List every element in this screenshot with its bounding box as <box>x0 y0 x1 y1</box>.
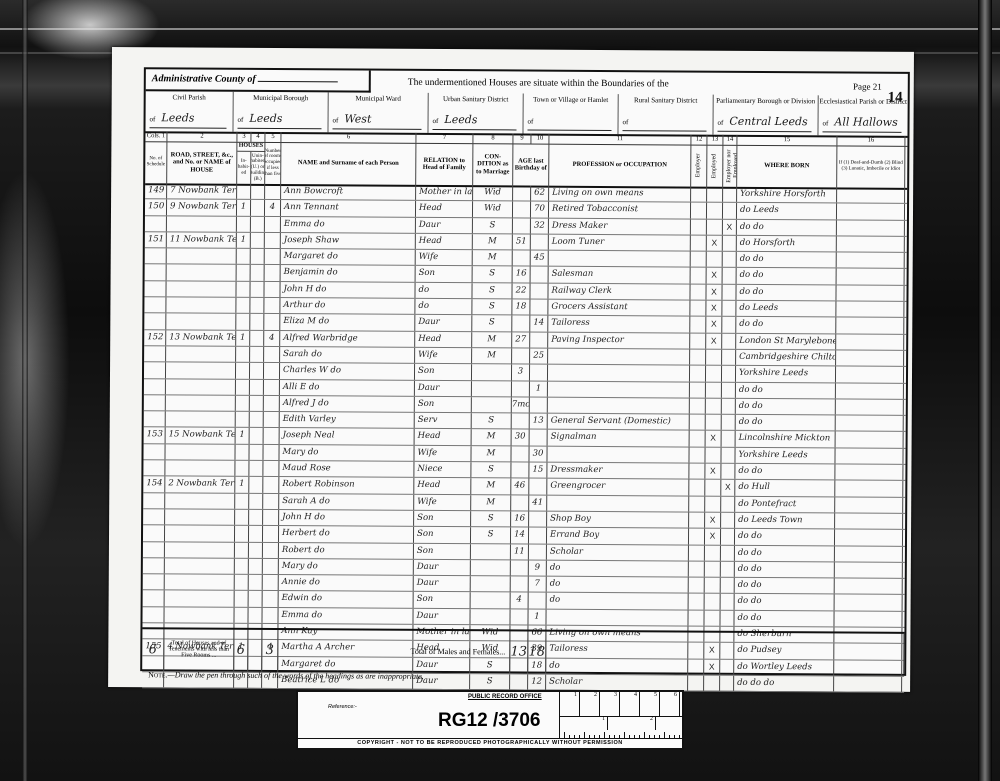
cell-born: do do <box>735 545 835 561</box>
cell-uninhab <box>250 331 264 346</box>
cell-female <box>530 300 548 315</box>
cell-name: Herbert do <box>279 526 414 542</box>
cell-occupation <box>549 251 691 267</box>
cell-uninhab <box>250 428 264 443</box>
district-value: of <box>622 114 706 132</box>
cell-name: Sarah A do <box>279 494 414 510</box>
totals-rooms-text: 3 <box>266 642 274 657</box>
heading-inhabited: In-habit-ed <box>237 152 251 184</box>
cell-employed: X <box>706 284 722 299</box>
cell-occupation <box>548 365 690 381</box>
district-value: ofLeeds <box>150 111 227 128</box>
cell-employed: X <box>706 431 722 446</box>
cell-born: do do <box>735 529 835 545</box>
cell-occupation: do <box>547 560 689 576</box>
column-number: 12 <box>691 135 707 145</box>
cell-uninhab <box>250 314 264 329</box>
cell-condition: M <box>472 430 512 446</box>
cell-schedule: 151 <box>145 232 167 247</box>
district-handwritten-value: Leeds <box>249 112 282 125</box>
cell-born: do do <box>736 415 836 431</box>
reference-label: Reference:- <box>328 704 357 710</box>
cell-uninhab <box>249 526 263 541</box>
cell-male: 7mo <box>512 397 530 412</box>
cell-inhab <box>235 575 249 590</box>
cell-female <box>530 365 548 380</box>
cell-female: 7 <box>529 577 547 592</box>
cell-schedule <box>145 248 167 263</box>
cell-rooms <box>263 510 279 525</box>
cell-born: do do <box>734 611 834 627</box>
cell-employer <box>689 447 705 462</box>
heading-text: Neither Employer nor Employed <box>723 146 737 186</box>
cell-relation: Head <box>416 234 473 250</box>
cell-condition: S <box>472 283 512 299</box>
cell-rooms <box>262 608 278 623</box>
cell-inhab: 1 <box>237 200 251 215</box>
cell-condition: Wid <box>473 202 513 218</box>
cell-employer <box>689 464 705 479</box>
cell-inhab <box>235 510 249 525</box>
heading-uninhabited: Unin-habited (U.) or Building (B.) <box>251 152 265 184</box>
cell-neither <box>723 236 737 251</box>
cell-male: 18 <box>512 300 530 315</box>
cell-employed <box>705 545 721 560</box>
cell-name: Joseph Neal <box>280 428 415 444</box>
cell-born: do do <box>736 382 836 398</box>
cell-name: Maud Rose <box>279 461 414 477</box>
cell-born: do do <box>736 285 836 301</box>
cell-condition: S <box>473 267 513 283</box>
cell-female: 13 <box>530 414 548 429</box>
cell-schedule: 154 <box>143 477 165 492</box>
scale-ruler: 12345612 <box>559 692 682 739</box>
cell-born: do Leeds Town <box>735 513 835 529</box>
cell-female <box>529 511 547 526</box>
cell-employed <box>705 480 721 495</box>
cell-female <box>530 397 548 412</box>
cell-born: Cambridgeshire Chilton <box>736 350 836 366</box>
cell-schedule <box>143 493 165 508</box>
cell-road <box>167 216 237 232</box>
cell-schedule <box>144 379 166 394</box>
ruler-cell: 1 <box>560 692 580 716</box>
heading-age: AGE last Birthday of <box>513 143 549 185</box>
admin-county-label: Administrative County of <box>152 73 256 85</box>
cell-relation: Wife <box>415 348 472 364</box>
cell-condition: S <box>471 462 511 478</box>
cell-infirm <box>835 448 903 464</box>
cell-schedule <box>142 607 164 622</box>
column-number: 15 <box>737 135 837 146</box>
cell-rooms: 4 <box>265 200 281 215</box>
cell-relation: Mother in law <box>416 185 473 201</box>
heading-where-born: WHERE BORN <box>737 145 837 188</box>
cell-rooms <box>264 396 280 411</box>
cell-male <box>511 446 529 461</box>
ruler-cell: 3 <box>600 692 620 716</box>
cell-employer <box>689 545 705 560</box>
cell-male: 16 <box>513 267 531 282</box>
ruler-cell: 6 <box>660 692 680 716</box>
cell-condition <box>471 576 511 592</box>
cell-name: Alfred J do <box>280 396 415 412</box>
column-number: 16 <box>837 135 905 145</box>
ruler-cell: 5 <box>640 692 660 716</box>
cell-occupation: Greengrocer <box>547 479 689 495</box>
cell-rooms <box>264 314 280 329</box>
cell-road: 7 Nowbank Terr <box>167 183 237 199</box>
cell-infirm <box>835 481 903 497</box>
column-number: 14 <box>723 135 737 145</box>
cell-road <box>165 444 235 460</box>
district-prefix: of <box>333 116 339 124</box>
scan-streak <box>0 28 1000 30</box>
cell-male: 27 <box>512 332 530 347</box>
cell-inhab <box>237 249 251 264</box>
cell-schedule <box>143 509 165 524</box>
cell-condition: S <box>471 511 511 527</box>
cell-condition: S <box>472 413 512 429</box>
totals-males: 13 <box>510 631 528 671</box>
folio-number: 14 <box>888 90 903 107</box>
reference-slip: PUBLIC RECORD OFFICE Reference:- RG12 /3… <box>296 690 684 750</box>
cell-road: 9 Nowbank Terr <box>167 200 237 216</box>
cell-neither <box>722 366 736 381</box>
cell-born: do do <box>735 464 835 480</box>
cell-employer <box>690 366 706 381</box>
totals-persons-label: Total of Males and Females... <box>278 630 510 671</box>
cell-condition: M <box>473 234 513 250</box>
cell-neither <box>722 382 736 397</box>
cell-relation: Wife <box>414 494 471 510</box>
district-value: of <box>527 114 611 132</box>
cell-relation: Daur <box>413 609 470 625</box>
cell-born: do do <box>735 562 835 578</box>
cell-rooms <box>264 347 280 362</box>
cell-employed <box>707 187 723 202</box>
cell-neither <box>722 333 736 348</box>
cell-female <box>530 283 548 298</box>
cell-relation: Head <box>415 429 472 445</box>
cell-employer <box>691 187 707 202</box>
cell-schedule <box>144 395 166 410</box>
cell-neither <box>721 529 735 544</box>
district-handwritten-value: Leeds <box>444 113 477 126</box>
heading-infirmity: If (1) Deaf-and-Dumb (2) Blind (3) Lunat… <box>837 145 905 187</box>
census-form: Administrative County of The undermentio… <box>140 67 910 676</box>
cell-schedule <box>144 362 166 377</box>
cell-schedule <box>143 591 165 606</box>
cell-inhab <box>234 607 248 622</box>
cell-road <box>167 249 237 265</box>
cell-uninhab <box>251 249 265 264</box>
cell-employer <box>691 252 707 267</box>
cell-condition <box>471 593 511 609</box>
cell-employer <box>690 317 706 332</box>
cell-employed <box>705 447 721 462</box>
cell-female <box>531 267 549 282</box>
cell-occupation: Dressmaker <box>547 463 689 479</box>
cell-employer <box>690 415 706 430</box>
cell-occupation <box>548 381 690 397</box>
cell-occupation: Railway Clerk <box>548 283 690 299</box>
cell-name: Emma do <box>278 608 413 624</box>
cell-relation: Serv <box>415 413 472 429</box>
cell-infirm <box>837 204 905 220</box>
cell-female <box>531 234 549 249</box>
heading-condition: CON-DITION as to Marriage <box>473 143 513 185</box>
cell-male: 3 <box>512 365 530 380</box>
cell-infirm <box>836 334 904 350</box>
cell-born: Yorkshire Leeds <box>736 366 836 382</box>
cell-occupation: Dress Maker <box>549 218 691 234</box>
cell-inhab <box>235 591 249 606</box>
cell-uninhab <box>249 493 263 508</box>
cell-employed <box>704 676 720 691</box>
cell-road: 2 Nowbank Terr <box>165 477 235 493</box>
cell-employer <box>688 610 704 625</box>
cell-relation: Daur <box>414 560 471 576</box>
column-number: 3 <box>237 132 251 142</box>
cell-neither <box>721 513 735 528</box>
cell-relation: Daur <box>415 315 472 331</box>
cell-rooms <box>263 542 279 557</box>
cell-neither <box>722 415 736 430</box>
cell-female <box>529 544 547 559</box>
cell-uninhab <box>248 608 262 623</box>
cell-name: Benjamin do <box>281 266 416 282</box>
cell-employed <box>706 350 722 365</box>
cell-schedule <box>144 297 166 312</box>
totals-rooms: 3 <box>262 630 278 670</box>
cell-neither <box>723 252 737 267</box>
cell-schedule <box>143 574 165 589</box>
cell-female <box>530 332 548 347</box>
cell-employed <box>706 382 722 397</box>
cell-female <box>530 430 548 445</box>
cell-road <box>166 363 236 379</box>
cell-neither <box>723 268 737 283</box>
administrative-county: Administrative County of <box>146 69 371 92</box>
cell-name: Sarah do <box>280 347 415 363</box>
cell-employer <box>690 333 706 348</box>
scan-glare <box>0 170 70 550</box>
cell-occupation: Scholar <box>547 544 689 560</box>
district-value: ofCentral Leeds <box>717 115 811 133</box>
cell-neither: X <box>723 219 737 234</box>
cell-condition: M <box>472 332 512 348</box>
totals-persons-label-text: Total of Males and Females... <box>411 646 506 656</box>
cell-occupation <box>547 446 689 462</box>
cell-road <box>166 346 236 362</box>
cell-employer <box>689 578 705 593</box>
heading-relation: RELATION to Head of Family <box>416 143 473 185</box>
cell-condition: M <box>471 479 511 495</box>
totals-row: 6Total of Houses and of Tenements with l… <box>142 627 904 674</box>
cell-born: do do <box>736 399 836 415</box>
cell-employed <box>706 415 722 430</box>
cell-born: do do <box>737 268 837 284</box>
cell-neither <box>721 464 735 479</box>
cell-employer <box>689 480 705 495</box>
district-urban-sanitary-district: Urban Sanitary DistrictofLeeds <box>428 93 523 134</box>
cell-infirm <box>835 562 903 578</box>
cell-relation: Head <box>415 332 472 348</box>
cell-infirm <box>837 269 905 285</box>
cell-road <box>164 607 234 623</box>
cell-schedule <box>143 542 165 557</box>
cell-name: Mary do <box>279 559 414 575</box>
cell-employed: X <box>705 464 721 479</box>
cell-born: Lincolnshire Mickton <box>736 431 836 447</box>
cell-female: 32 <box>531 218 549 233</box>
cell-road <box>166 297 236 313</box>
cell-infirm <box>837 220 905 236</box>
cell-employer <box>691 203 707 218</box>
scan-edge <box>22 0 28 781</box>
cell-infirm <box>836 302 904 318</box>
column-number: 10 <box>531 134 549 144</box>
cell-occupation <box>548 349 690 365</box>
heading-text: Employed <box>711 153 718 178</box>
cell-born: do Horsforth <box>737 236 837 252</box>
district-prefix: of <box>528 118 534 126</box>
cell-rooms <box>263 526 279 541</box>
cell-rooms <box>263 494 279 509</box>
cell-inhab <box>237 265 251 280</box>
cell-employer <box>689 496 705 511</box>
heading-rooms: Number of rooms occupied if less than fi… <box>265 142 281 184</box>
cell-employer <box>688 675 704 690</box>
cell-occupation: Retired Tobacconist <box>549 202 691 218</box>
cell-rooms <box>265 184 281 199</box>
district-municipal-ward: Municipal WardofWest <box>328 92 428 133</box>
cell-road <box>165 460 235 476</box>
cell-female: 41 <box>529 495 547 510</box>
cell-uninhab <box>250 347 264 362</box>
cell-name: Ann Bowcroft <box>281 184 416 200</box>
cell-neither <box>721 562 735 577</box>
cell-relation: do <box>415 283 472 299</box>
cell-uninhab <box>249 591 263 606</box>
cell-schedule <box>143 460 165 475</box>
cell-infirm <box>835 579 903 595</box>
cell-condition: M <box>473 250 513 266</box>
cell-employer <box>690 431 706 446</box>
cell-infirm <box>836 318 904 334</box>
column-number: 2 <box>167 131 237 141</box>
cell-neither <box>721 447 735 462</box>
cell-inhab <box>236 314 250 329</box>
cell-condition <box>470 609 510 625</box>
cell-employer <box>690 382 706 397</box>
totals-females-text: 18 <box>528 644 545 659</box>
cell-female <box>529 479 547 494</box>
cell-infirm <box>835 513 903 529</box>
cell-occupation: Signalman <box>548 430 690 446</box>
cell-employed <box>705 496 721 511</box>
census-page: Administrative County of The undermentio… <box>108 47 914 692</box>
cell-neither <box>722 317 736 332</box>
cell-rooms <box>263 575 279 590</box>
cell-born: do do <box>736 317 836 333</box>
cell-road <box>165 591 235 607</box>
cell-infirm <box>837 187 905 203</box>
totals-males-text: 13 <box>510 644 527 659</box>
cell-born: do Hull <box>735 480 835 496</box>
note-text: —Draw the pen through such of the words … <box>168 670 424 681</box>
cell-relation: Wife <box>414 446 471 462</box>
ruler-inch: 2 <box>608 716 656 730</box>
cell-occupation: Errand Boy <box>547 528 689 544</box>
cell-infirm <box>837 253 905 269</box>
cell-employed <box>705 594 721 609</box>
cell-occupation <box>546 609 688 625</box>
cell-rooms <box>265 233 281 248</box>
cell-schedule: 150 <box>145 200 167 215</box>
column-headings: No. of ScheduleROAD, STREET, &c., and No… <box>145 141 907 190</box>
district-header: Civil ParishofLeedsMunicipal BoroughofLe… <box>145 91 907 138</box>
cell-born: do Pontefract <box>735 496 835 512</box>
cell-neither <box>721 545 735 560</box>
cell-road: 11 Nowbank Terr <box>167 232 237 248</box>
cell-schedule: 153 <box>144 428 166 443</box>
cell-road <box>166 314 236 330</box>
cell-rooms <box>263 461 279 476</box>
cell-occupation: Loom Tuner <box>549 235 691 251</box>
cell-inhab: 1 <box>235 477 249 492</box>
cell-employer <box>691 235 707 250</box>
cell-occupation: Grocers Assistant <box>548 300 690 316</box>
cell-relation: Son <box>416 266 473 282</box>
cell-schedule <box>144 411 166 426</box>
cell-name: Robert do <box>279 543 414 559</box>
cell-uninhab <box>251 216 265 231</box>
cell-occupation: do <box>547 577 689 593</box>
cell-inhab <box>236 363 250 378</box>
cell-schedule <box>144 314 166 329</box>
cell-male: 11 <box>511 544 529 559</box>
cell-relation: Daur <box>415 380 472 396</box>
cell-relation: Son <box>414 543 471 559</box>
footnote: Note.—Draw the pen through such of the w… <box>148 670 424 681</box>
cell-condition: S <box>472 299 512 315</box>
cell-employed <box>706 366 722 381</box>
cell-road <box>165 574 235 590</box>
cell-schedule <box>144 281 166 296</box>
column-number: 4 <box>251 132 265 142</box>
cell-road <box>166 281 236 297</box>
totals-schedules-text: 6 <box>149 642 157 657</box>
cell-road <box>165 558 235 574</box>
cell-name: Charles W do <box>280 363 415 379</box>
cell-uninhab <box>249 445 263 460</box>
cell-name: Arthur do <box>280 298 415 314</box>
cell-employer <box>689 594 705 609</box>
cell-relation: Head <box>416 201 473 217</box>
cell-infirm <box>836 367 904 383</box>
ruler-cell: 2 <box>580 692 600 716</box>
cell-rooms <box>264 428 280 443</box>
cell-schedule <box>143 444 165 459</box>
totals-inhabited-text: 6 <box>237 642 245 657</box>
cell-condition: M <box>471 446 511 462</box>
district-prefix: of <box>718 119 724 127</box>
cell-employed <box>707 203 723 218</box>
district-prefix: of <box>823 119 829 127</box>
cell-male <box>512 414 530 429</box>
